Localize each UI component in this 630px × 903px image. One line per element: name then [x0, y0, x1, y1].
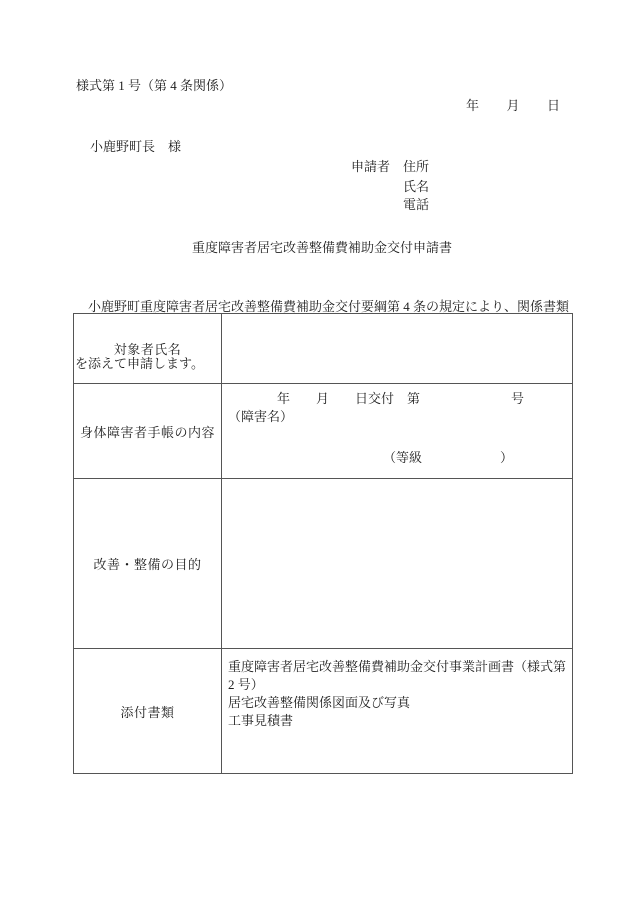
certificate-disability-name-line: （障害名） — [228, 408, 566, 426]
cell-purpose-value — [222, 479, 573, 649]
document-title: 重度障害者居宅改善整備費補助金交付申請書 — [192, 241, 452, 256]
attachment-line-3: 居宅改善整備関係図面及び写真 — [228, 694, 566, 712]
applicant-name-label: 氏名 — [403, 180, 429, 195]
row-label-target-name: 対象者氏名 — [74, 314, 222, 384]
certificate-grade-line: （等級 ） — [228, 449, 566, 467]
attachment-line-2: 2 号） — [228, 676, 566, 694]
table-row-certificate: 身体障害者手帳の内容 年 月 日交付 第 号 （障害名） （等級 ） — [74, 384, 573, 479]
row-label-certificate: 身体障害者手帳の内容 — [74, 384, 222, 479]
row-label-attachments: 添付書類 — [74, 649, 222, 774]
certificate-issue-date-line: 年 月 日交付 第 号 — [228, 390, 566, 408]
date-line: 年 月 日 — [466, 99, 561, 114]
cell-attachments-content: 重度障害者居宅改善整備費補助金交付事業計画書（様式第 2 号） 居宅改善整備関係… — [222, 649, 573, 774]
applicant-address-label: 住所 — [403, 160, 429, 175]
form-number: 様式第 1 号（第 4 条関係） — [76, 79, 232, 94]
addressee: 小鹿野町長 様 — [90, 140, 181, 155]
cell-certificate-content: 年 月 日交付 第 号 （障害名） （等級 ） — [222, 384, 573, 479]
applicant-label: 申請者 — [351, 160, 390, 175]
document-page: 様式第 1 号（第 4 条関係） 年 月 日 小鹿野町長 様 申請者 住所 氏名… — [0, 0, 630, 903]
cell-target-name-value — [222, 314, 573, 384]
table-row-attachments: 添付書類 重度障害者居宅改善整備費補助金交付事業計画書（様式第 2 号） 居宅改… — [74, 649, 573, 774]
row-label-purpose: 改善・整備の目的 — [74, 479, 222, 649]
applicant-phone-label: 電話 — [403, 198, 429, 213]
application-table: 対象者氏名 身体障害者手帳の内容 年 月 日交付 第 号 （障害名） （等級 ）… — [73, 313, 573, 774]
table-row-purpose: 改善・整備の目的 — [74, 479, 573, 649]
attachment-line-1: 重度障害者居宅改善整備費補助金交付事業計画書（様式第 — [228, 658, 566, 676]
table-row-target-name: 対象者氏名 — [74, 314, 573, 384]
attachment-line-4: 工事見積書 — [228, 712, 566, 730]
